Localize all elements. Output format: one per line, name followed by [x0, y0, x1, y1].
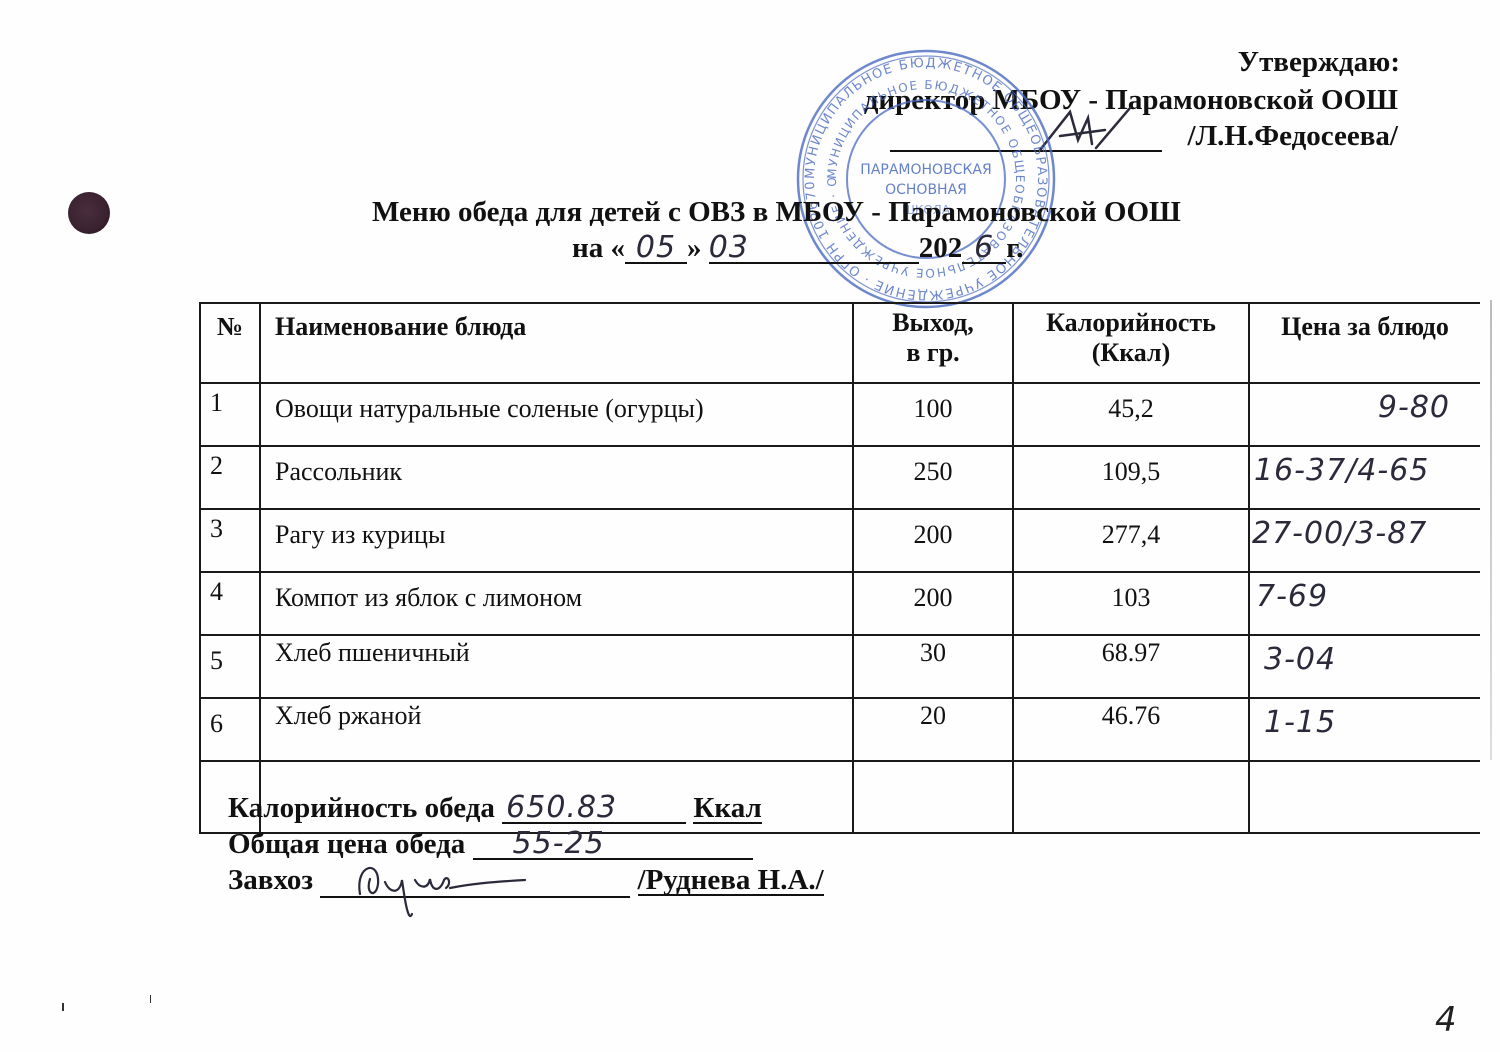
row-price: 16-37/4-65 [1250, 453, 1480, 488]
manager-signature-line [320, 868, 630, 898]
row-num: 4 [200, 572, 260, 635]
table-row: 3 Рагу из курицы 200 277,4 27-00/3-87 [200, 509, 1480, 572]
row-num: 6 [200, 698, 260, 761]
table-row: 5 Хлеб пшеничный 30 68.97 3-04 [200, 635, 1480, 698]
manager-name: /Руднева Н.А./ [638, 866, 824, 896]
manager-label: Завхоз [228, 864, 313, 896]
date-year-prefix: 202 [919, 232, 963, 264]
header-calories-line-1: Калорийность [1014, 308, 1248, 338]
table-row: 1 Овощи натуральные соленые (огурцы) 100… [200, 383, 1480, 446]
director-name: /Л.Н.Федосеева/ [1188, 120, 1398, 153]
header-yield-line-2: в гр. [854, 338, 1012, 368]
header-calories-line-2: (Ккал) [1014, 338, 1248, 368]
header-num: № [200, 303, 260, 383]
row-price: 9-80 [1250, 390, 1480, 425]
row-dish-name: Хлеб пшеничный [260, 635, 853, 698]
header-yield-line-1: Выход, [854, 308, 1012, 338]
row-price: 1-15 [1250, 705, 1480, 740]
row-calories: 109,5 [1013, 446, 1249, 509]
row-num: 3 [200, 509, 260, 572]
calories-unit: Ккал [693, 794, 761, 824]
date-day: 05 [625, 234, 687, 264]
row-dish-name: Овощи натуральные соленые (огурцы) [260, 383, 853, 446]
row-calories: 277,4 [1013, 509, 1249, 572]
menu-table: № Наименование блюда Выход, в гр. Калори… [199, 302, 1480, 834]
stamp-inner-line-1: ПАРАМОНОВСКАЯ [860, 162, 991, 178]
row-price-cell: 7-69 [1249, 572, 1480, 635]
header-calories: Калорийность (Ккал) [1013, 303, 1249, 383]
official-stamp-icon: МУНИЦИПАЛЬНОЕ БЮДЖЕТНОЕ ОБЩЕОБРАЗОВАТЕЛЬ… [795, 48, 1057, 310]
row-yield: 250 [853, 446, 1013, 509]
row-num: 5 [200, 635, 260, 698]
row-calories: 46.76 [1013, 698, 1249, 761]
row-yield [853, 761, 1013, 833]
table-row: 4 Компот из яблок с лимоном 200 103 7-69 [200, 572, 1480, 635]
document-title: Меню обеда для детей с ОВЗ в МБОУ - Пара… [372, 196, 1181, 229]
scan-mark [150, 995, 151, 1003]
row-calories: 103 [1013, 572, 1249, 635]
header-price: Цена за блюдо [1249, 303, 1480, 383]
summary-calories: Калорийность обеда 650.83 Ккал [228, 790, 824, 826]
row-price-cell: 9-80 [1249, 383, 1480, 446]
row-yield: 30 [853, 635, 1013, 698]
date-year-suffix: 6 [962, 234, 1006, 264]
date-month: 03 [709, 230, 749, 265]
row-calories [1013, 761, 1249, 833]
row-num: 1 [200, 383, 260, 446]
row-price: 3-04 [1250, 642, 1480, 677]
row-price-cell: 27-00/3-87 [1249, 509, 1480, 572]
summary-block: Калорийность обеда 650.83 Ккал Общая цен… [228, 790, 824, 898]
date-day-suffix: » [687, 232, 702, 264]
row-price-cell [1249, 761, 1480, 833]
calories-value: 650.83 [502, 794, 686, 824]
row-price: 27-00/3-87 [1250, 516, 1480, 551]
header-yield: Выход, в гр. [853, 303, 1013, 383]
manager-signature-icon [340, 854, 540, 924]
summary-manager: Завхоз /Руднева Н.А./ [228, 862, 824, 898]
row-price-cell: 3-04 [1249, 635, 1480, 698]
document-date: на «05» 032026г. [572, 232, 1023, 265]
row-price-cell: 1-15 [1249, 698, 1480, 761]
approval-title: Утверждаю: [1238, 46, 1400, 79]
row-dish-name: Компот из яблок с лимоном [260, 572, 853, 635]
scan-edge-shadow [1490, 300, 1492, 760]
row-price: 7-69 [1250, 579, 1480, 614]
row-num: 2 [200, 446, 260, 509]
punch-hole-icon [68, 192, 110, 234]
date-prefix: на « [572, 232, 625, 264]
date-month-field: 03 [709, 234, 919, 264]
row-yield: 20 [853, 698, 1013, 761]
row-price-cell: 16-37/4-65 [1249, 446, 1480, 509]
date-year-end: г. [1006, 232, 1023, 264]
row-yield: 200 [853, 572, 1013, 635]
table-row: 6 Хлеб ржаной 20 46.76 1-15 [200, 698, 1480, 761]
row-calories: 45,2 [1013, 383, 1249, 446]
row-calories: 68.97 [1013, 635, 1249, 698]
row-dish-name: Рассольник [260, 446, 853, 509]
row-dish-name: Рагу из курицы [260, 509, 853, 572]
row-yield: 100 [853, 383, 1013, 446]
table-header-row: № Наименование блюда Выход, в гр. Калори… [200, 303, 1480, 383]
page-number: 4 [1435, 1000, 1457, 1040]
header-name: Наименование блюда [260, 303, 853, 383]
scan-mark [62, 1003, 64, 1011]
row-yield: 200 [853, 509, 1013, 572]
table-row: 2 Рассольник 250 109,5 16-37/4-65 [200, 446, 1480, 509]
row-dish-name: Хлеб ржаной [260, 698, 853, 761]
calories-label: Калорийность обеда [228, 792, 495, 824]
